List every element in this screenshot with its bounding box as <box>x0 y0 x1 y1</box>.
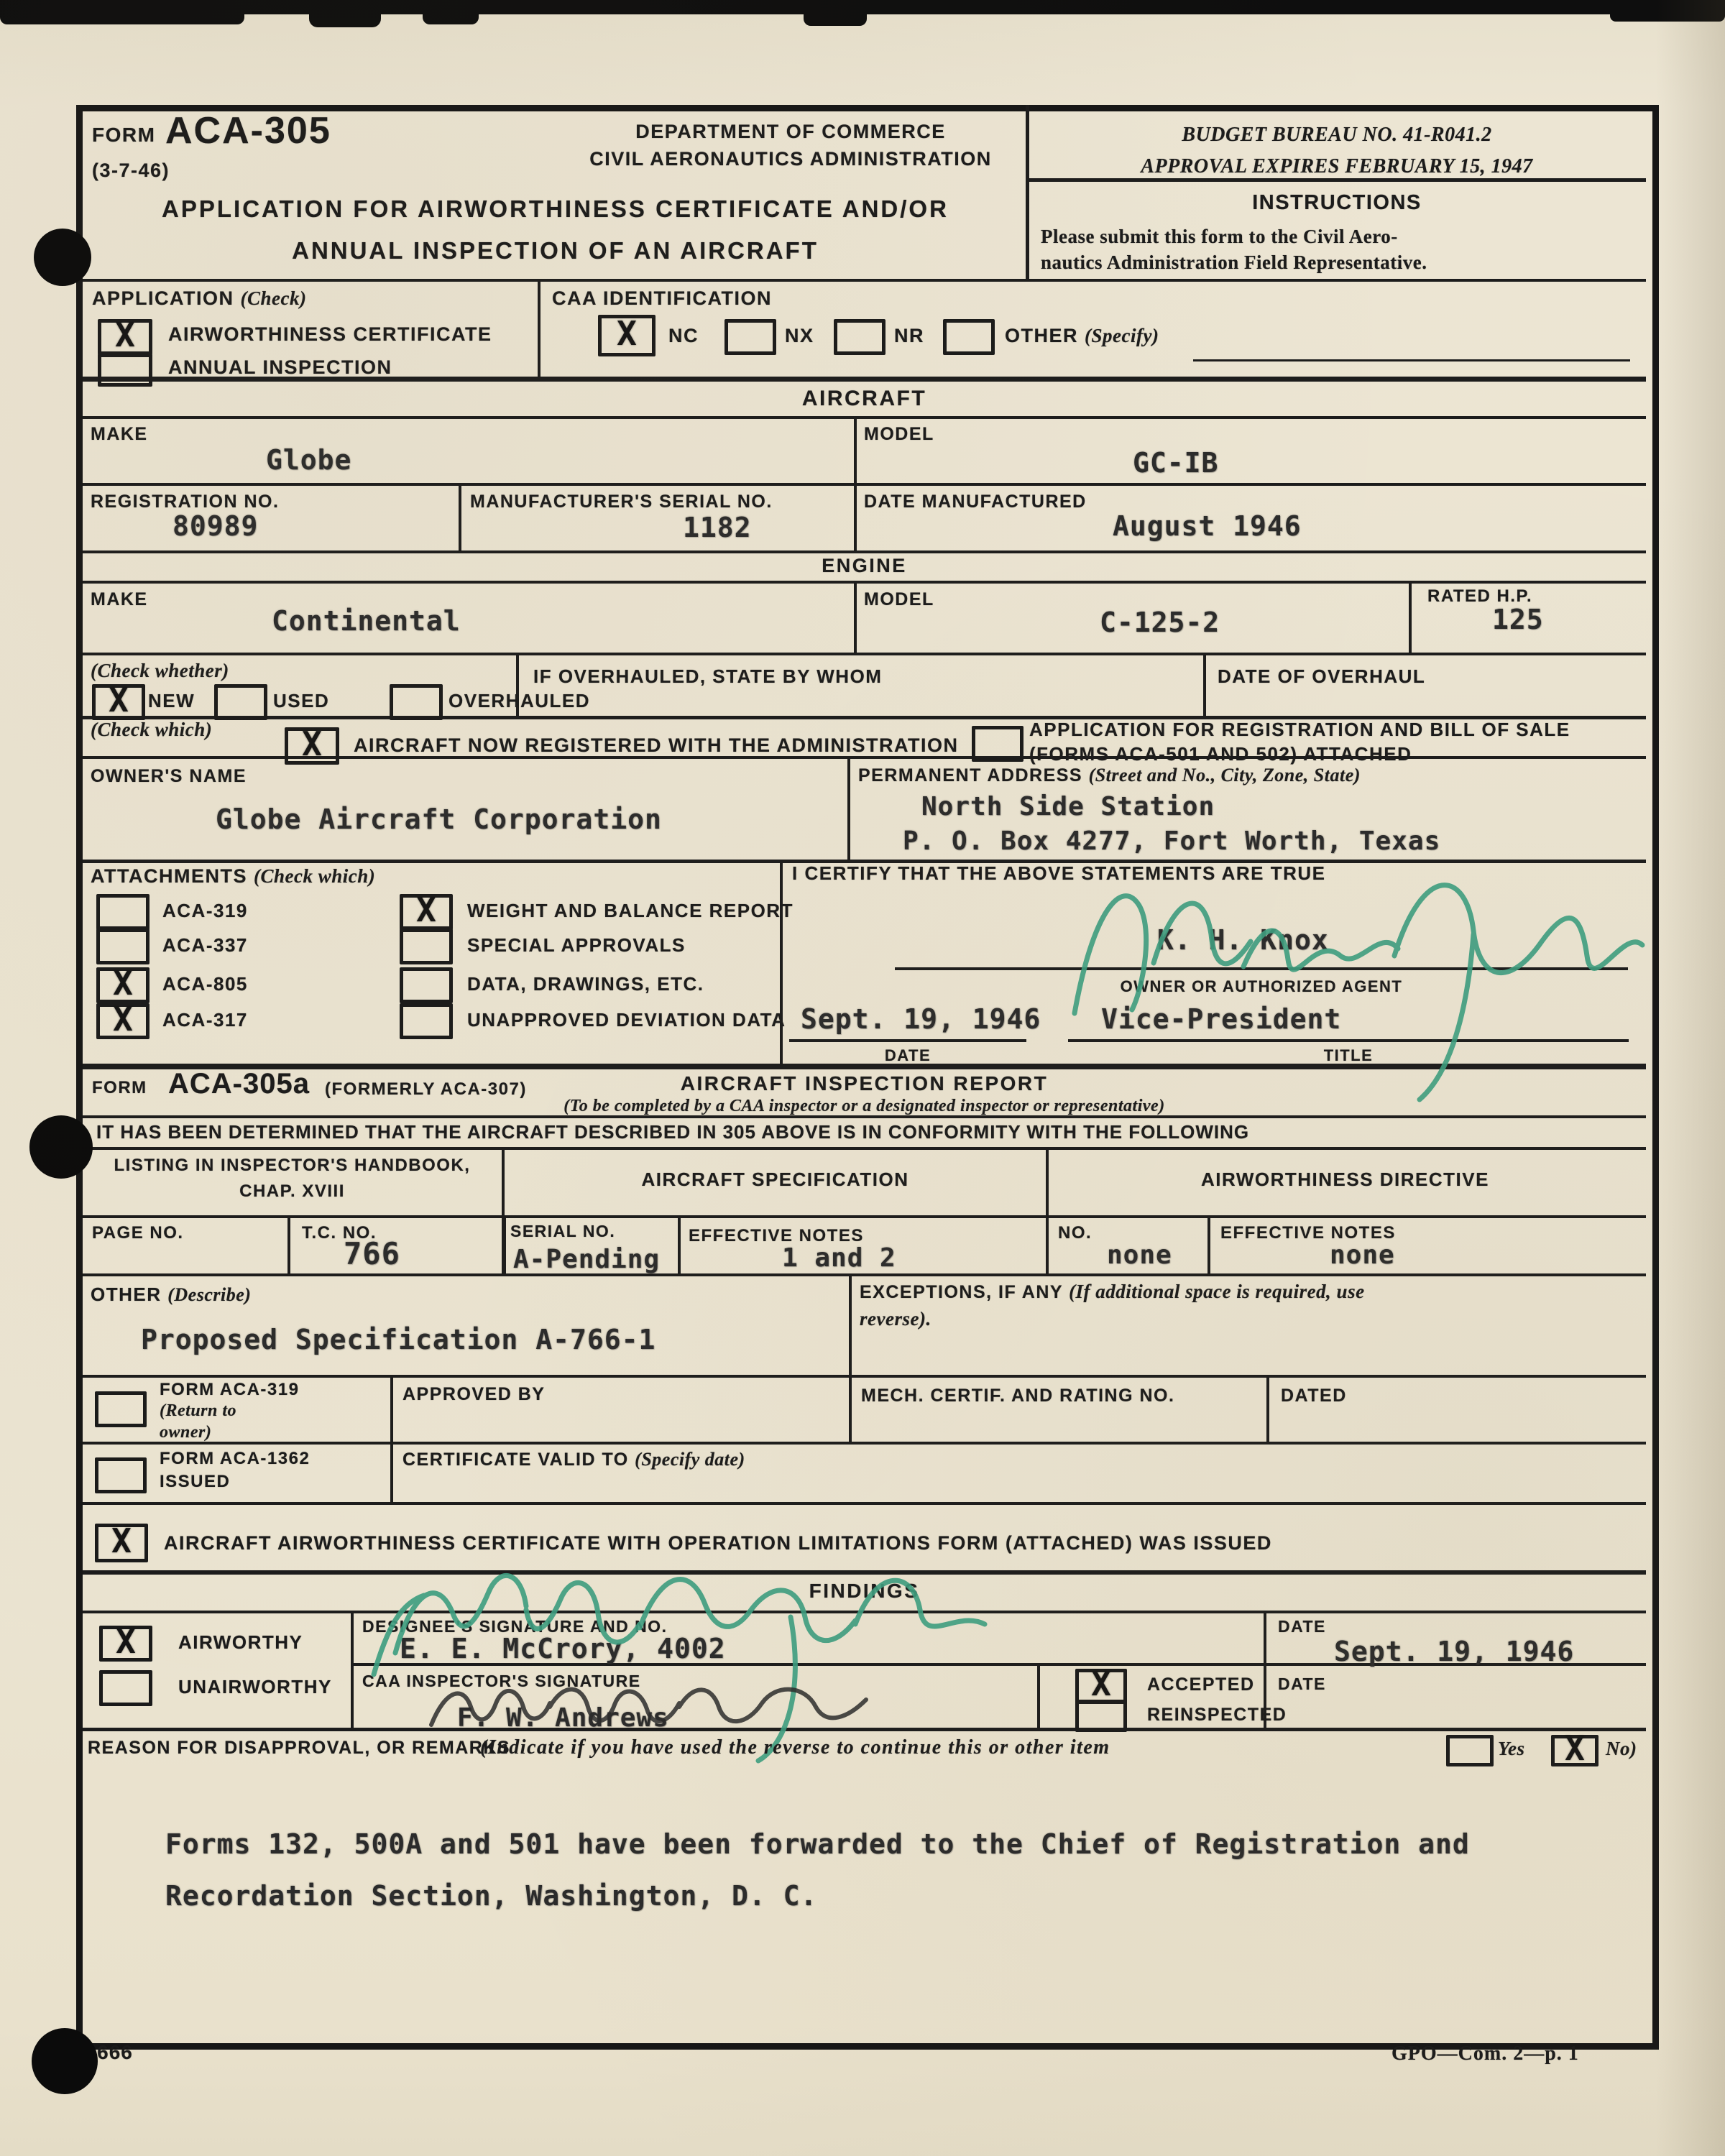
exceptions-label: EXCEPTIONS, IF ANY (If additional space … <box>860 1281 1365 1303</box>
attachment-checkbox <box>96 967 149 1003</box>
rated-hp-value: 125 <box>1492 604 1544 635</box>
attachment-checkbox <box>96 929 149 964</box>
attachment-checkbox <box>96 894 149 930</box>
attachment-checkbox <box>400 1003 453 1039</box>
attachments-label: ATTACHMENTS <box>91 865 247 887</box>
date-manufactured-label: DATE MANUFACTURED <box>864 492 1087 512</box>
aca319-note2: owner) <box>160 1423 211 1442</box>
mech-certif-label: MECH. CERTIF. AND RATING NO. <box>861 1386 1174 1406</box>
inspector-name: F. W. Andrews <box>457 1703 669 1733</box>
reverse-no-label: No) <box>1606 1738 1637 1760</box>
engine-model-value: C-125-2 <box>1100 607 1220 638</box>
attachment-label: ACA-317 <box>162 1009 248 1031</box>
unairworthy-label: UNAIRWORTHY <box>178 1676 332 1698</box>
instructions-line1: Please submit this form to the Civil Aer… <box>1041 226 1398 248</box>
aca1362-checkbox <box>95 1457 147 1493</box>
nx-checkbox <box>724 319 776 355</box>
engine-overhauled-checkbox <box>390 684 443 720</box>
valid-to-text: CERTIFICATE VALID TO <box>402 1450 629 1470</box>
reinspected-checkbox <box>1075 1700 1127 1732</box>
other-describe-value: Proposed Specification A-766-1 <box>141 1324 655 1355</box>
report-title: AIRCRAFT INSPECTION REPORT <box>83 1072 1646 1095</box>
registration-value: 80989 <box>172 510 258 542</box>
aca319-note1: (Return to <box>160 1401 236 1421</box>
page-no-label: PAGE NO. <box>92 1223 184 1243</box>
engine-section-title: ENGINE <box>83 555 1646 577</box>
owner-address-label: PERMANENT ADDRESS (Street and No., City,… <box>858 765 1361 786</box>
certify-signer-label: OWNER OR AUTHORIZED AGENT <box>895 977 1628 996</box>
valid-to-note: (Specify date) <box>635 1449 745 1470</box>
check-which-note: (Check which) <box>91 719 212 741</box>
spec-notes-value: 1 and 2 <box>782 1243 896 1273</box>
aca1362-label-line1: FORM ACA-1362 <box>160 1449 310 1469</box>
certify-date-value: Sept. 19, 1946 <box>801 1003 1041 1035</box>
attachment-checkbox <box>96 1003 149 1039</box>
exceptions-label-text: EXCEPTIONS, IF ANY <box>860 1282 1063 1302</box>
attachments-section-label: ATTACHMENTS (Check which) <box>91 865 375 888</box>
nc-checkbox <box>598 315 655 356</box>
engine-new-checkbox <box>92 684 145 720</box>
inspector-signature-label: CAA INSPECTOR'S SIGNATURE <box>362 1672 641 1691</box>
serial-value: 1182 <box>683 512 752 543</box>
department-line2: CIVIL AERONAUTICS ADMINISTRATION <box>561 148 1021 170</box>
other-describe-label: OTHER (Describe) <box>91 1284 251 1306</box>
aca319-checkbox <box>95 1391 147 1427</box>
dated-label: DATED <box>1281 1386 1347 1406</box>
instructions-title: INSTRUCTIONS <box>1031 191 1642 215</box>
certify-statement: I CERTIFY THAT THE ABOVE STATEMENTS ARE … <box>792 862 1326 885</box>
engine-new-label: NEW <box>148 690 195 712</box>
application-note: (Check) <box>241 287 307 309</box>
certify-title-label: TITLE <box>1068 1046 1629 1065</box>
budget-bureau-line2: APPROVAL EXPIRES FEBRUARY 15, 1947 <box>1031 155 1642 178</box>
department-line1: DEPARTMENT OF COMMERCE <box>561 121 1021 143</box>
attachment-label: ACA-319 <box>162 900 248 922</box>
accepted-label: ACCEPTED <box>1147 1674 1255 1695</box>
other-label: OTHER <box>91 1284 162 1305</box>
airworthy-label: AIRWORTHY <box>178 1631 303 1654</box>
attachment-label: ACA-337 <box>162 934 248 957</box>
findings-date1-label: DATE <box>1278 1617 1326 1636</box>
address-note: (Street and No., City, Zone, State) <box>1089 765 1361 786</box>
overhaul-by-label: IF OVERHAULED, STATE BY WHOM <box>533 665 882 688</box>
remarks-body-line2: Recordation Section, Washington, D. C. <box>165 1880 817 1912</box>
directive-no-label: NO. <box>1058 1223 1092 1243</box>
bill-of-sale-checkbox <box>972 726 1023 762</box>
reason-note: (Indicate if you have used the reverse t… <box>480 1736 1110 1759</box>
application-section-label: APPLICATION (Check) <box>92 287 307 310</box>
attachment-label: ACA-805 <box>162 973 248 995</box>
remarks-body-line1: Forms 132, 500A and 501 have been forwar… <box>165 1828 1470 1860</box>
engine-condition-note: (Check whether) <box>91 660 229 682</box>
owner-address-line2: P. O. Box 4277, Fort Worth, Texas <box>903 826 1440 856</box>
reverse-yes-checkbox <box>1446 1735 1494 1766</box>
engine-used-checkbox <box>214 684 267 720</box>
registration-label: REGISTRATION NO. <box>91 492 279 512</box>
reinspected-label: REINSPECTED <box>1147 1705 1287 1726</box>
nx-label: NX <box>785 325 814 347</box>
airworthiness-issued-checkbox <box>95 1524 148 1562</box>
punch-hole <box>34 229 91 286</box>
attachment-label: DATA, DRAWINGS, ETC. <box>467 973 704 995</box>
findings-section-title: FINDINGS <box>83 1580 1646 1603</box>
scanned-form-page: FORM ACA-305 (3-7-46) DEPARTMENT OF COMM… <box>0 0 1725 2156</box>
spec-serial-value: A-Pending <box>513 1245 660 1274</box>
other-id-label: OTHER (Specify) <box>1005 325 1159 347</box>
annual-inspection-label: ANNUAL INSPECTION <box>168 356 392 379</box>
aircraft-make-value: Globe <box>266 444 351 476</box>
unairworthy-checkbox <box>99 1670 152 1706</box>
directive-no-value: none <box>1107 1240 1172 1270</box>
bill-of-sale-line2: (FORMS ACA-501 AND 502) ATTACHED <box>1029 743 1412 765</box>
serial-label: MANUFACTURER'S SERIAL NO. <box>470 492 773 512</box>
form-number: ACA-305 <box>165 109 331 152</box>
tc-no-value: 766 <box>344 1236 400 1271</box>
aircraft-model-label: MODEL <box>864 424 934 445</box>
attachment-label: SPECIAL APPROVALS <box>467 934 686 957</box>
approved-by-label: APPROVED BY <box>402 1384 545 1405</box>
report-subtitle: (To be completed by a CAA inspector or a… <box>83 1097 1646 1116</box>
nr-checkbox <box>834 319 885 355</box>
punch-hole <box>29 1115 93 1179</box>
spec-header: AIRCRAFT SPECIFICATION <box>505 1169 1046 1191</box>
engine-overhauled-label: OVERHAULED <box>448 690 590 712</box>
reverse-no-checkbox <box>1551 1735 1598 1766</box>
gpo-imprint: GPO—Com. 2—p. 1 <box>1391 2042 1579 2065</box>
form-title-line2: ANNUAL INSPECTION OF AN AIRCRAFT <box>83 237 1028 264</box>
annual-inspection-checkbox <box>98 354 152 387</box>
reverse-yes-label: Yes <box>1498 1738 1525 1760</box>
attachment-checkbox <box>400 929 453 964</box>
findings-date1-value: Sept. 19, 1946 <box>1334 1636 1574 1667</box>
budget-bureau-line1: BUDGET BUREAU NO. 41-R041.2 <box>1031 124 1642 147</box>
nc-label: NC <box>668 325 699 347</box>
engine-make-label: MAKE <box>91 589 148 610</box>
directive-header: AIRWORTHINESS DIRECTIVE <box>1049 1169 1642 1191</box>
other-note: (Specify) <box>1085 325 1159 346</box>
punch-hole <box>32 2028 98 2094</box>
reason-label: REASON FOR DISAPPROVAL, OR REMARKS <box>88 1738 510 1759</box>
exceptions-note2: reverse). <box>860 1308 931 1330</box>
accepted-checkbox <box>1075 1669 1127 1703</box>
form-word: FORM <box>92 124 155 147</box>
engine-make-value: Continental <box>272 605 461 637</box>
directive-notes-value: none <box>1330 1240 1395 1270</box>
registered-checkbox <box>285 727 339 765</box>
nr-label: NR <box>894 325 924 347</box>
aircraft-section-title: AIRCRAFT <box>83 387 1646 411</box>
listing-header-line1: LISTING IN INSPECTOR'S HANDBOOK, <box>83 1156 502 1176</box>
date-manufactured-value: August 1946 <box>1113 510 1302 542</box>
owner-name-label: OWNER'S NAME <box>91 766 247 787</box>
attachment-checkbox <box>400 894 453 930</box>
airworthiness-certificate-label: AIRWORTHINESS CERTIFICATE <box>168 323 492 346</box>
designee-name: E. E. McCrory, 4002 <box>400 1633 726 1664</box>
certify-title-value: Vice-President <box>1101 1003 1341 1035</box>
bill-of-sale-line1: APPLICATION FOR REGISTRATION AND BILL OF… <box>1029 719 1570 741</box>
attachment-label: WEIGHT AND BALANCE REPORT <box>467 900 793 922</box>
instructions-line2: nautics Administration Field Representat… <box>1041 252 1427 274</box>
form-revision: (3-7-46) <box>92 160 170 182</box>
other-label: OTHER <box>1005 325 1078 346</box>
attachment-label: UNAPPROVED DEVIATION DATA <box>467 1009 786 1031</box>
owner-address-line1: North Side Station <box>921 792 1215 821</box>
owner-name-value: Globe Aircraft Corporation <box>216 803 662 835</box>
registered-label: AIRCRAFT NOW REGISTERED WITH THE ADMINIS… <box>354 734 958 757</box>
other-describe-note: (Describe) <box>167 1284 251 1305</box>
address-label: PERMANENT ADDRESS <box>858 765 1082 786</box>
exceptions-note1: (If additional space is required, use <box>1069 1281 1365 1302</box>
form-title-line1: APPLICATION FOR AIRWORTHINESS CERTIFICAT… <box>83 195 1028 223</box>
spec-serial-label: SERIAL NO. <box>510 1222 615 1241</box>
determination-statement: IT HAS BEEN DETERMINED THAT THE AIRCRAFT… <box>96 1121 1249 1143</box>
overhaul-date-label: DATE OF OVERHAUL <box>1218 665 1425 688</box>
findings-date2-label: DATE <box>1278 1674 1326 1694</box>
valid-to-label: CERTIFICATE VALID TO (Specify date) <box>402 1449 745 1470</box>
airworthiness-certificate-checkbox <box>98 319 152 355</box>
attachment-checkbox <box>400 967 453 1003</box>
engine-used-label: USED <box>273 690 329 712</box>
airworthy-checkbox <box>99 1626 152 1662</box>
listing-header-line2: CHAP. XVIII <box>83 1181 502 1202</box>
caa-identification-label: CAA IDENTIFICATION <box>552 287 772 310</box>
other-checkbox <box>943 319 995 355</box>
attachments-note: (Check which) <box>254 865 375 887</box>
certify-date-label: DATE <box>789 1046 1026 1065</box>
engine-model-label: MODEL <box>864 589 934 610</box>
aca1362-label-line2: ISSUED <box>160 1472 230 1492</box>
application-label: APPLICATION <box>92 287 234 309</box>
airworthiness-issued-label: AIRCRAFT AIRWORTHINESS CERTIFICATE WITH … <box>164 1532 1272 1554</box>
aca319-label: FORM ACA-319 <box>160 1380 299 1400</box>
aircraft-make-label: MAKE <box>91 424 148 445</box>
aircraft-model-value: GC-IB <box>1133 447 1218 479</box>
certify-signer-name: K. H. Knox <box>1157 924 1329 956</box>
